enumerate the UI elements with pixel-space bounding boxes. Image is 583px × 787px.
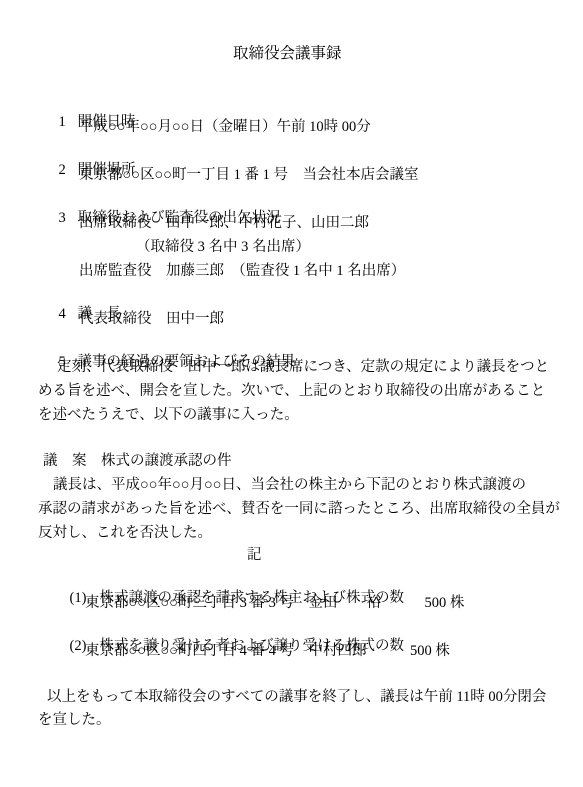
section-1-body: 平成○○年○○月○○日（金曜日）午前 10時 00分 xyxy=(79,118,371,137)
section-2-number: 2 xyxy=(59,161,78,180)
agenda-paragraph-line-1: 議長は、平成○○年○○月○○日、当会社の株主から下記のとおり株式譲渡の xyxy=(53,476,526,495)
closing-line-1: 以上をもって本取締役会のすべての議事を終了し、議長は午前 11時 00分閉会 xyxy=(47,688,546,707)
attendees-auditors: 出席監査役 加藤三郎 （監査役 1 名中 1 名出席） xyxy=(79,262,405,281)
agenda-paragraph-line-2: 承認の請求があった旨を述べ、賛否を一同に諮ったところ、出席取締役の全員が xyxy=(38,500,560,519)
agenda-label: 議 案 株式の譲渡承認の件 xyxy=(43,452,232,471)
section-2-body: 東京都○○区○○町一丁目 1 番 1 号 当会社本店会議室 xyxy=(79,166,419,185)
section-3-number: 3 xyxy=(59,209,78,228)
section-5-paragraph-line-3: を述べたうえで、以下の議事に入った。 xyxy=(38,406,299,425)
section-5-paragraph-line-2: める旨を述べ、開会を宣した。次いで、上記のとおり取締役の出席があること xyxy=(38,382,545,401)
attendees-directors: 出席取締役 田中一郎、中村花子、山田二郎 xyxy=(79,214,369,233)
section-1-number: 1 xyxy=(59,113,78,132)
agenda-item-2-detail: 東京都○○区○○町四丁目 4 番 4 号 中村四郎 500 株 xyxy=(85,642,450,661)
ki-label: 記 xyxy=(247,546,262,565)
section-4-body: 代表取締役 田中一郎 xyxy=(79,310,224,329)
attendance-count: （取締役 3 名中 3 名出席） xyxy=(136,238,310,257)
agenda-item-1-detail: 東京都○○区○○町三丁目 3 番 3 号 金田 裕 500 株 xyxy=(85,594,464,613)
section-5-paragraph-line-1: 定刻、代表取締役 田中一郎は議長席につき、定款の規定により議長をつと xyxy=(57,358,549,377)
closing-line-2: を宣した。 xyxy=(38,711,111,730)
agenda-paragraph-line-3: 反対し、これを否決した。 xyxy=(38,524,212,543)
document-title: 取締役会議事録 xyxy=(233,44,342,63)
section-4-number: 4 xyxy=(59,305,78,324)
minutes-document-page: 取締役会議事録 1開催日時 平成○○年○○月○○日（金曜日）午前 10時 00分… xyxy=(0,0,583,787)
